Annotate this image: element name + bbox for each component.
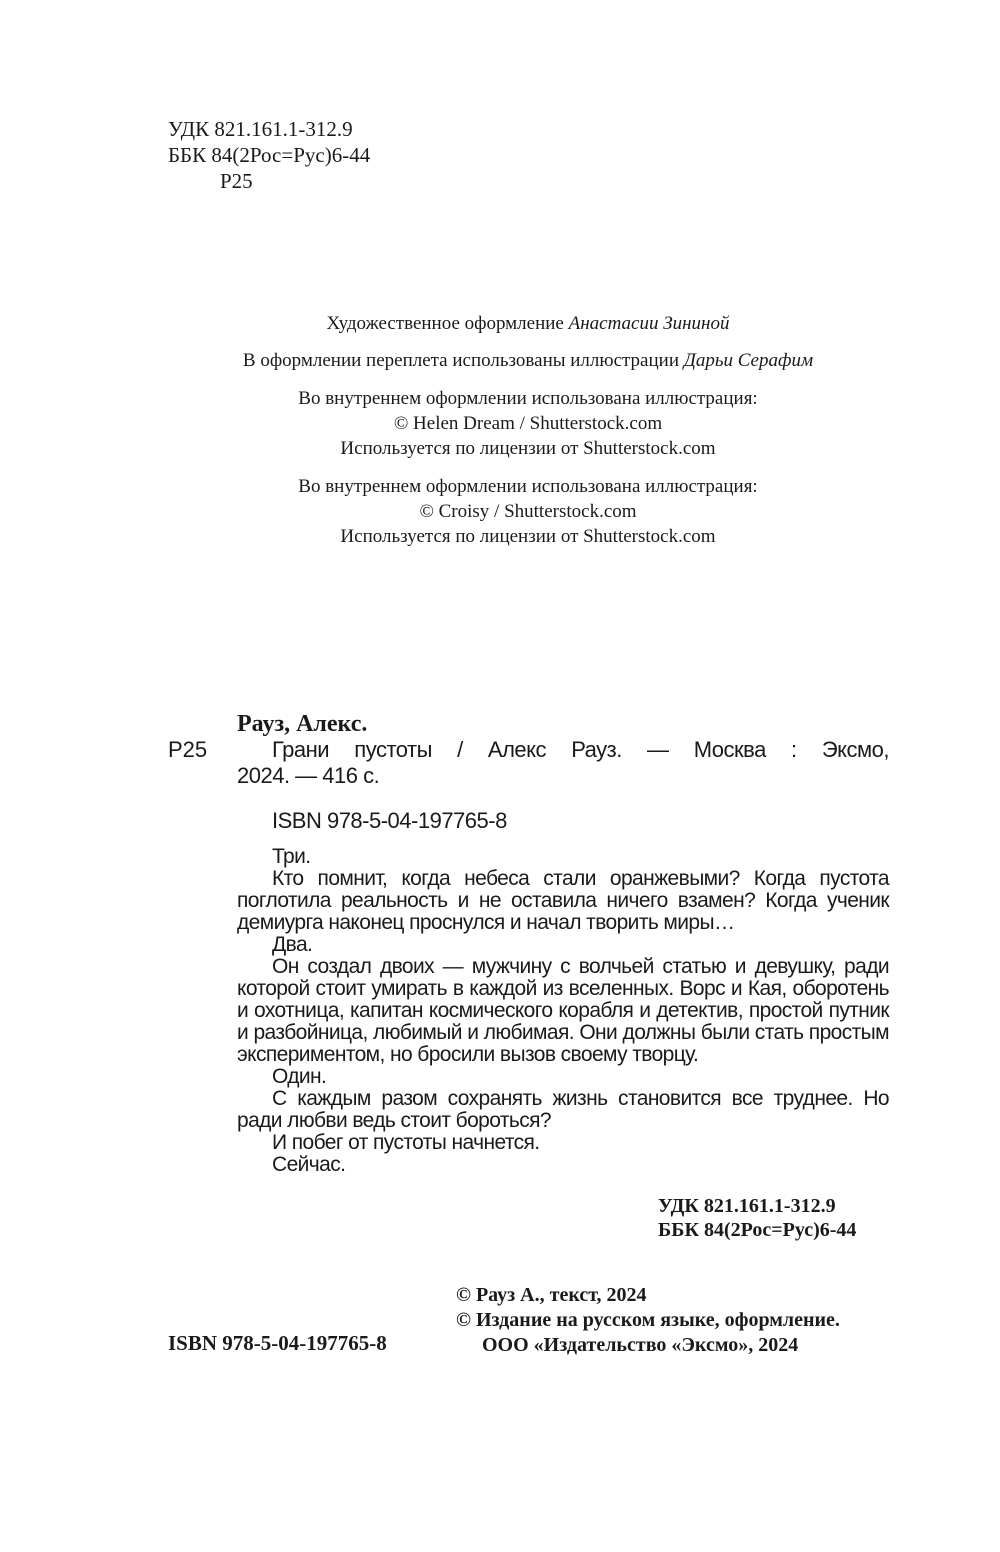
art-designer-name: Анастасии Зининой [569, 313, 730, 334]
illustrator-name: Дарьи Серафим [684, 350, 813, 371]
bib-author: Рауз, Алекс. [237, 710, 367, 738]
binding-illustrations-prefix: В оформлении переплета использованы иллю… [243, 350, 684, 371]
top-classification-block: УДК 821.161.1-312.9 ББК 84(2Рос=Рус)6-44… [168, 116, 370, 194]
bottom-bbk-code: ББК 84(2Рос=Рус)6-44 [658, 1218, 856, 1242]
copyright-text: © Рауз А., текст, 2024 [456, 1283, 840, 1308]
annotation-paragraph: И побег от пустоты начнется. [237, 1132, 889, 1154]
bib-author-sign: Р25 [168, 737, 207, 763]
bbk-code: ББК 84(2Рос=Рус)6-44 [168, 142, 370, 168]
annotation-paragraph: С каждым разом сохранять жизнь становитс… [237, 1088, 889, 1132]
bottom-udk-code: УДК 821.161.1-312.9 [658, 1194, 856, 1218]
annotation-paragraph: Три. [237, 846, 889, 868]
bib-title-line-2: 2024. — 416 с. [237, 763, 889, 789]
internal-illustration-2-line2: © Croisy / Shutterstock.com [0, 499, 1000, 524]
udk-code: УДК 821.161.1-312.9 [168, 116, 370, 142]
internal-illustration-credit-2: Во внутреннем оформлении использована ил… [0, 474, 1000, 549]
internal-illustration-1-line3: Используется по лицензии от Shutterstock… [0, 436, 1000, 461]
annotation-paragraph: Он создал двоих — мужчину с волчьей стат… [237, 956, 889, 1066]
annotation-paragraph: Сейчас. [237, 1154, 889, 1176]
art-design-prefix: Художественное оформление [327, 313, 569, 334]
annotation-paragraph: Два. [237, 934, 889, 956]
annotation: Три. Кто помнит, когда небеса стали оран… [237, 846, 889, 1176]
bottom-classification-block: УДК 821.161.1-312.9 ББК 84(2Рос=Рус)6-44 [658, 1194, 856, 1242]
internal-illustration-2-line1: Во внутреннем оформлении использована ил… [0, 474, 1000, 499]
annotation-paragraph: Кто помнит, когда небеса стали оранжевым… [237, 868, 889, 934]
binding-illustrations-credit: В оформлении переплета использованы иллю… [0, 348, 1000, 373]
internal-illustration-2-line3: Используется по лицензии от Shutterstock… [0, 524, 1000, 549]
internal-illustration-1-line1: Во внутреннем оформлении использована ил… [0, 386, 1000, 411]
author-sign: Р25 [168, 168, 370, 194]
isbn-bottom: ISBN 978-5-04-197765-8 [168, 1330, 387, 1356]
internal-illustration-credit-1: Во внутреннем оформлении использована ил… [0, 386, 1000, 461]
bib-title-line-1: Грани пустоты / Алекс Рауз. — Москва : Э… [237, 737, 889, 763]
copyright-publisher: ООО «Издательство «Эксмо», 2024 [456, 1333, 840, 1358]
bib-isbn: ISBN 978-5-04-197765-8 [272, 808, 507, 834]
copyright-edition: © Издание на русском языке, оформление. [456, 1308, 840, 1333]
art-design-credit: Художественное оформление Анастасии Зини… [0, 311, 1000, 336]
annotation-paragraph: Один. [237, 1066, 889, 1088]
internal-illustration-1-line2: © Helen Dream / Shutterstock.com [0, 411, 1000, 436]
copyright-block: © Рауз А., текст, 2024 © Издание на русс… [456, 1283, 840, 1358]
